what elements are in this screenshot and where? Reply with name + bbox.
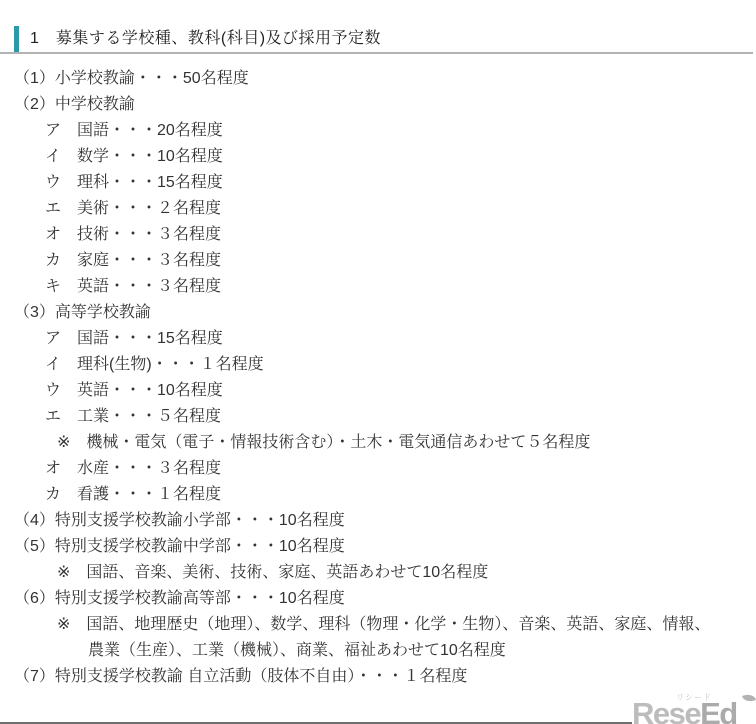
list-item: ウ 英語・・・10名程度 (0, 378, 756, 404)
watermark: リシード ReseEd (632, 690, 756, 724)
list-item: ア 国語・・・15名程度 (0, 326, 756, 352)
section-title: 1 募集する学校種、教科(科目)及び採用予定数 (19, 26, 381, 52)
list-item: （6）特別支援学校教諭高等部・・・10名程度 (0, 586, 756, 612)
list-item: イ 理科(生物)・・・１名程度 (0, 352, 756, 378)
list-item: （4）特別支援学校教諭小学部・・・10名程度 (0, 508, 756, 534)
brand-logo: ReseEd (632, 699, 737, 724)
content-list: （1）小学校教諭・・・50名程度 （2）中学校教諭 ア 国語・・・20名程度 イ… (0, 66, 756, 690)
list-item-note: ※ 国語、地理歴史（地理）、数学、理科（物理・化学・生物）、音楽、英語、家庭、情… (0, 612, 756, 664)
list-item: キ 英語・・・３名程度 (0, 274, 756, 300)
divider-line (0, 52, 753, 54)
list-item: （5）特別支援学校教諭中学部・・・10名程度 (0, 534, 756, 560)
list-item: （3）高等学校教諭 (0, 300, 756, 326)
list-item: カ 家庭・・・３名程度 (0, 248, 756, 274)
list-item-note: ※ 機械・電気（電子・情報技術含む）・土木・電気通信あわせて５名程度 (0, 430, 756, 456)
list-item: イ 数学・・・10名程度 (0, 144, 756, 170)
list-item: ウ 理科・・・15名程度 (0, 170, 756, 196)
brand-logo-second: Ed (700, 696, 737, 724)
list-item: （2）中学校教諭 (0, 92, 756, 118)
list-item: カ 看護・・・１名程度 (0, 482, 756, 508)
leaf-icon (742, 692, 756, 703)
list-item: オ 水産・・・３名程度 (0, 456, 756, 482)
list-item: （1）小学校教諭・・・50名程度 (0, 66, 756, 92)
brand-logo-first: Rese (632, 696, 700, 724)
section-header: 1 募集する学校種、教科(科目)及び採用予定数 (14, 26, 381, 52)
list-item: エ 美術・・・２名程度 (0, 196, 756, 222)
list-item: エ 工業・・・５名程度 (0, 404, 756, 430)
list-item: オ 技術・・・３名程度 (0, 222, 756, 248)
list-item: ア 国語・・・20名程度 (0, 118, 756, 144)
list-item: （7）特別支援学校教諭 自立活動（肢体不自由）・・・１名程度 (0, 664, 756, 690)
list-item-note: ※ 国語、音楽、美術、技術、家庭、英語あわせて10名程度 (0, 560, 756, 586)
document: { "header": { "title": "1 募集する学校種、教科(科目)… (0, 0, 756, 724)
